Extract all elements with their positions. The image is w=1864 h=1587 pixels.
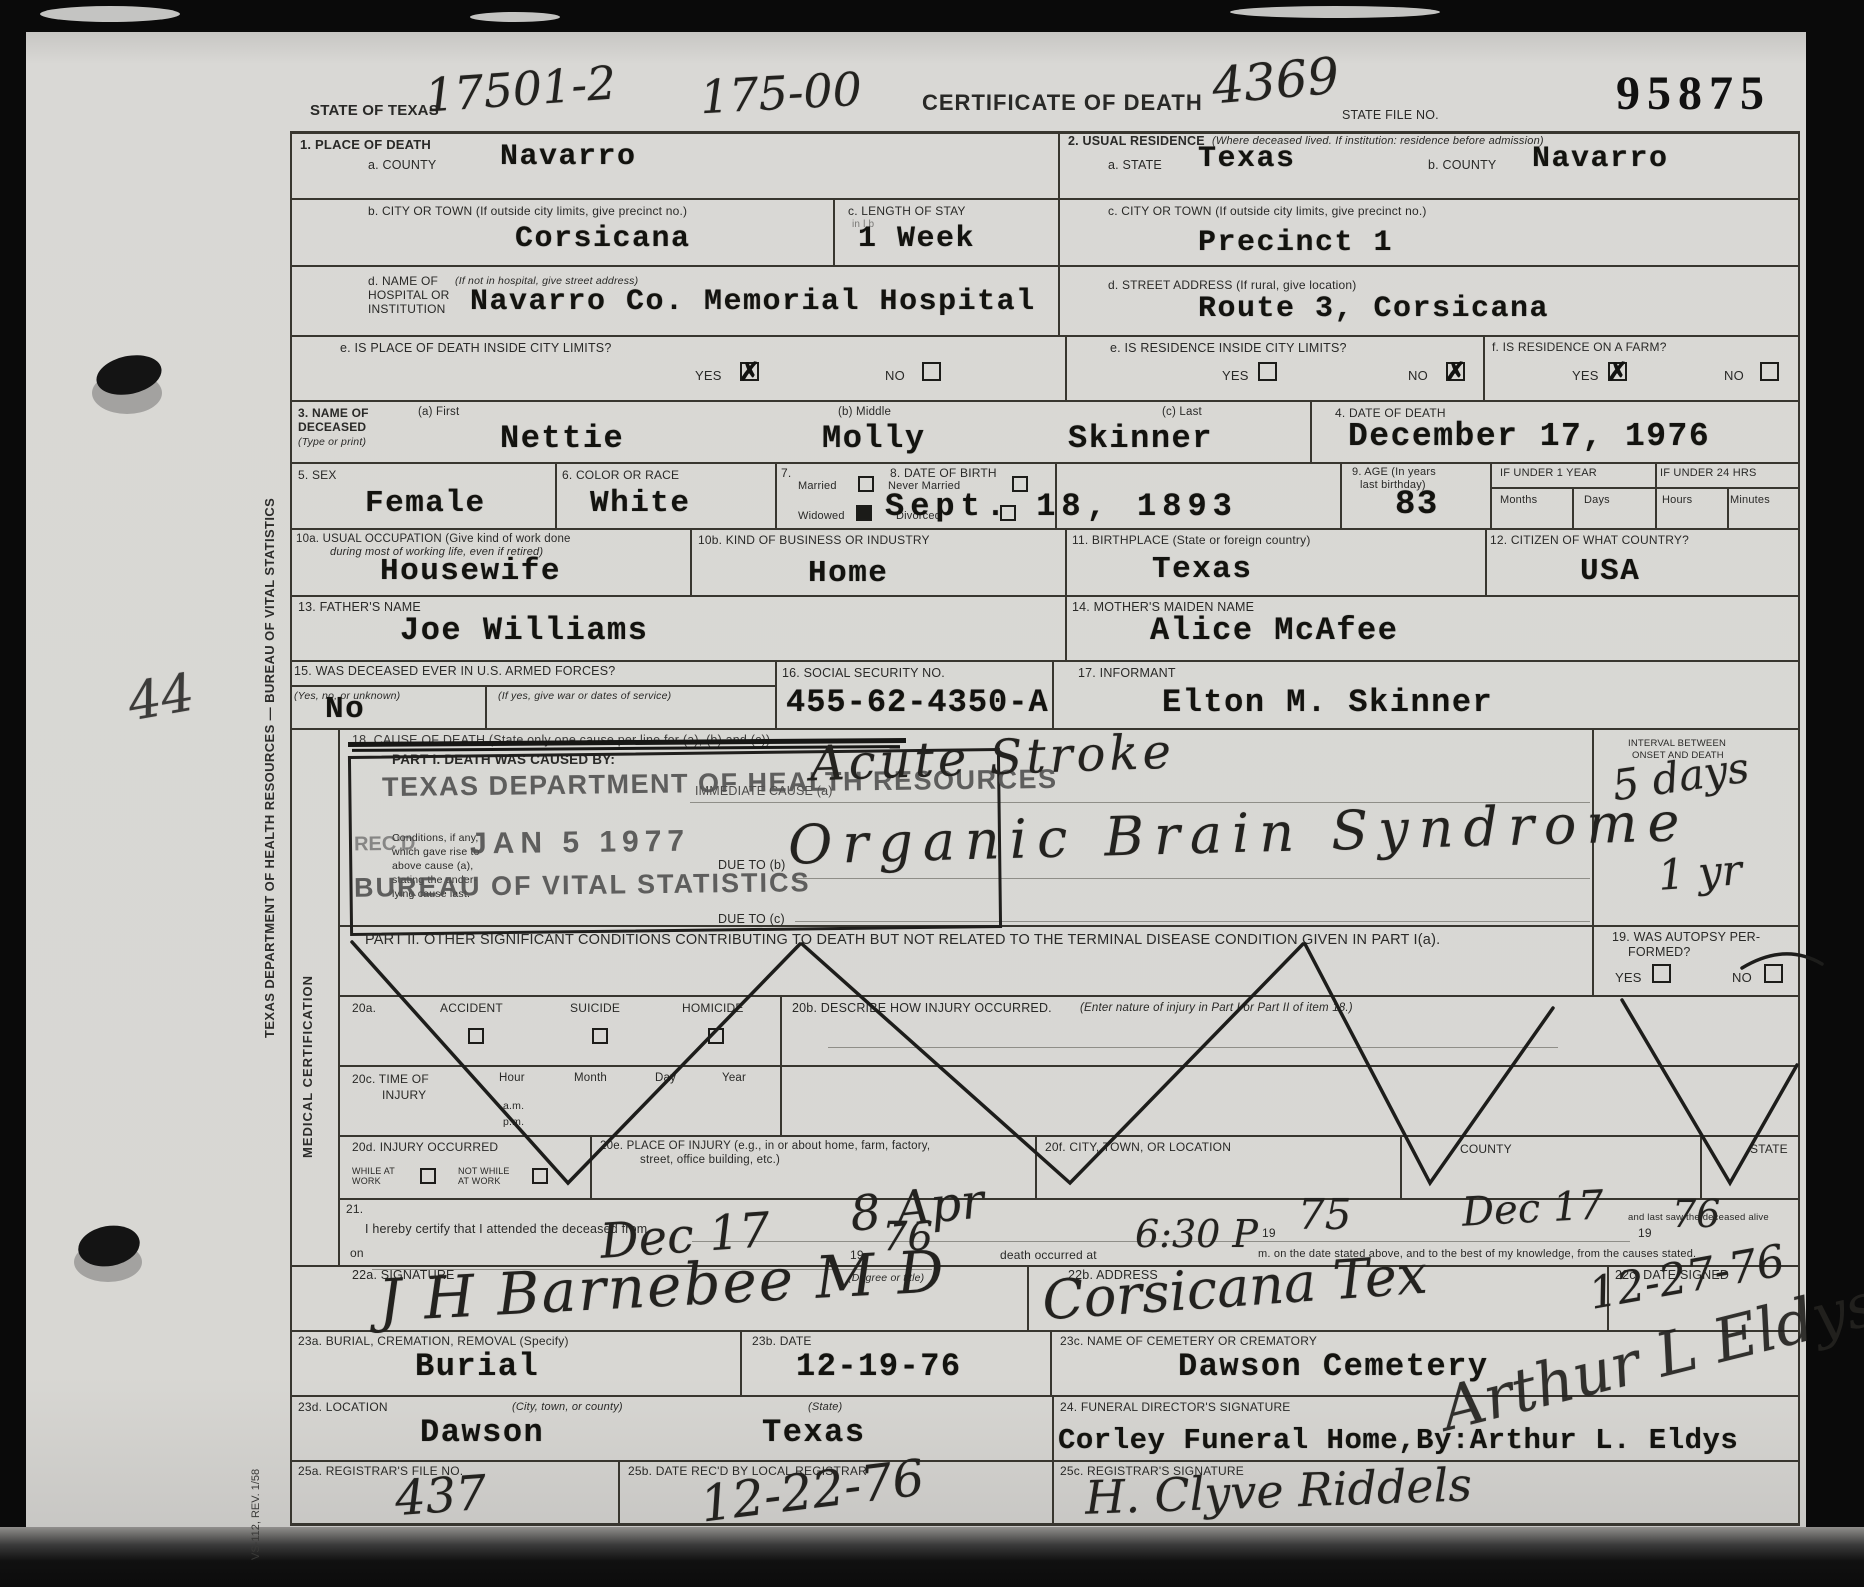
under-24-hrs-label: IF UNDER 24 HRS bbox=[1660, 467, 1757, 479]
not-while-at-work-label-1: NOT WHILE bbox=[458, 1166, 510, 1176]
ssn-value: 455-62-4350-A bbox=[786, 684, 1049, 721]
handwritten-death-time: 6:30 P bbox=[1135, 1212, 1258, 1256]
homicide-checkbox bbox=[708, 1028, 724, 1044]
mother-name-value: Alice McAfee bbox=[1150, 612, 1398, 649]
armed-forces-sub-2: (If yes, give war or dates of service) bbox=[498, 690, 671, 702]
rule bbox=[1592, 728, 1594, 995]
day-label: Day bbox=[655, 1072, 676, 1084]
farm-no-label: NO bbox=[1724, 368, 1744, 383]
rule bbox=[290, 528, 1800, 530]
handwritten-interval-b: 1 yr bbox=[1656, 845, 1743, 900]
rule bbox=[1340, 462, 1342, 528]
state-file-no-label: STATE FILE NO. bbox=[1342, 108, 1439, 122]
rule bbox=[775, 462, 777, 528]
part2-label: PART II. OTHER SIGNIFICANT CONDITIONS CO… bbox=[365, 932, 1440, 948]
under-1-year-label: IF UNDER 1 YEAR bbox=[1500, 467, 1597, 479]
margin-department-vertical-text: TEXAS DEPARTMENT OF HEALTH RESOURCES — B… bbox=[262, 328, 277, 1038]
location-label: 23d. LOCATION bbox=[298, 1400, 388, 1414]
armed-forces-label: 15. WAS DECEASED EVER IN U.S. ARMED FORC… bbox=[294, 664, 615, 678]
age-value: 83 bbox=[1395, 486, 1439, 524]
race-value: White bbox=[590, 486, 691, 521]
scan-artifact bbox=[1230, 6, 1440, 18]
rule bbox=[338, 1135, 1800, 1137]
while-at-work-label-2: WORK bbox=[352, 1176, 381, 1186]
residence-limits-no-label: NO bbox=[1408, 368, 1428, 383]
rule bbox=[1727, 487, 1729, 528]
middle-name-label: (b) Middle bbox=[838, 406, 891, 418]
business-label: 10b. KIND OF BUSINESS OR INDUSTRY bbox=[698, 533, 930, 547]
rule bbox=[1035, 1135, 1037, 1198]
birthplace-value: Texas bbox=[1152, 552, 1253, 587]
autopsy-label-1: 19. WAS AUTOPSY PER- bbox=[1612, 930, 1760, 944]
autopsy-no-checkbox bbox=[1764, 964, 1783, 983]
citizen-label: 12. CITIZEN OF WHAT COUNTRY? bbox=[1490, 533, 1689, 547]
residence-state-label: a. STATE bbox=[1108, 158, 1162, 172]
rule bbox=[1400, 1135, 1402, 1198]
hospital-value: Navarro Co. Memorial Hospital bbox=[470, 285, 1036, 319]
farm-label: f. IS RESIDENCE ON A FARM? bbox=[1492, 340, 1667, 354]
margin-form-code-vertical-text: VS-112, REV. 1/58 bbox=[250, 1380, 262, 1560]
rule bbox=[1052, 1460, 1054, 1523]
while-at-work-checkbox bbox=[420, 1168, 436, 1184]
county-column-label: COUNTY bbox=[1460, 1142, 1512, 1156]
handwritten-code-2: 175-00 bbox=[699, 62, 863, 124]
certify-text-1b: and last saw the deceased alive bbox=[1628, 1212, 1769, 1223]
while-at-work-label-1: WHILE AT bbox=[352, 1166, 395, 1176]
burial-date-label: 23b. DATE bbox=[752, 1334, 812, 1348]
accident-label: ACCIDENT bbox=[440, 1001, 503, 1015]
age-label-1: 9. AGE (In years bbox=[1352, 466, 1436, 478]
rule bbox=[1572, 487, 1574, 528]
place-of-death-title: 1. PLACE OF DEATH bbox=[300, 137, 431, 152]
rule bbox=[290, 1460, 1800, 1462]
autopsy-no-label: NO bbox=[1732, 970, 1752, 985]
widowed-label: Widowed bbox=[798, 510, 845, 522]
certificate-serial-number: 95875 bbox=[1616, 66, 1771, 121]
length-of-stay-value: 1 Week bbox=[858, 222, 975, 256]
rule bbox=[290, 595, 1800, 597]
autopsy-yes-checkbox bbox=[1652, 964, 1671, 983]
rule bbox=[1485, 528, 1487, 595]
place-limits-label: e. IS PLACE OF DEATH INSIDE CITY LIMITS? bbox=[340, 341, 612, 355]
item-20b-label: 20b. DESCRIBE HOW INJURY OCCURRED. bbox=[792, 1001, 1052, 1015]
am-label: a.m. bbox=[503, 1100, 524, 1112]
month-label: Month bbox=[574, 1072, 607, 1084]
rule bbox=[1310, 400, 1312, 462]
rule bbox=[590, 1135, 592, 1198]
rule bbox=[555, 462, 557, 528]
cemetery-label: 23c. NAME OF CEMETERY OR CREMATORY bbox=[1060, 1334, 1317, 1348]
widowed-checkbox bbox=[856, 505, 872, 521]
handwritten-page-number: 44 bbox=[123, 663, 199, 734]
hospital-or-label: HOSPITAL OR bbox=[368, 288, 450, 302]
suicide-label: SUICIDE bbox=[570, 1001, 620, 1015]
item-20b-note: (Enter nature of injury in Part I or Par… bbox=[1080, 1002, 1353, 1014]
autopsy-yes-label: YES bbox=[1615, 970, 1642, 985]
residence-city-label: c. CITY OR TOWN (If outside city limits,… bbox=[1108, 204, 1427, 218]
suicide-checkbox bbox=[592, 1028, 608, 1044]
item-20f-label: 20f. CITY, TOWN, OR LOCATION bbox=[1045, 1140, 1231, 1154]
street-address-value: Route 3, Corsicana bbox=[1198, 292, 1549, 326]
first-name-label: (a) First bbox=[418, 406, 459, 418]
farm-no-checkbox bbox=[1760, 362, 1779, 381]
rule bbox=[485, 685, 487, 728]
armed-forces-value: No bbox=[325, 692, 365, 727]
rule bbox=[1052, 1395, 1054, 1460]
scan-artifact bbox=[470, 12, 560, 22]
rule bbox=[780, 995, 782, 1135]
item-20e-label-1: 20e. PLACE OF INJURY (e.g., in or about … bbox=[600, 1140, 930, 1152]
residence-limits-yes-label: YES bbox=[1222, 368, 1249, 383]
scan-edge-left bbox=[0, 0, 26, 1587]
certificate-title: CERTIFICATE OF DEATH bbox=[922, 90, 1203, 116]
rule bbox=[290, 198, 1800, 200]
rule bbox=[290, 131, 292, 1523]
burial-label: 23a. BURIAL, CREMATION, REMOVAL (Specify… bbox=[298, 1334, 569, 1348]
hospital-name-label: d. NAME OF bbox=[368, 274, 438, 288]
rule bbox=[338, 1065, 1800, 1067]
state-of-texas-label: STATE OF TEXAS bbox=[310, 102, 439, 119]
county-value: Navarro bbox=[500, 140, 637, 174]
item-20c-label-1: 20c. TIME OF bbox=[352, 1072, 429, 1086]
rule bbox=[618, 1460, 620, 1523]
birthplace-label: 11. BIRTHPLACE (State or foreign country… bbox=[1072, 533, 1311, 547]
residence-limits-no-checkbox bbox=[1446, 362, 1465, 381]
location-sub-2: (State) bbox=[808, 1401, 842, 1413]
rule bbox=[1050, 1330, 1052, 1395]
first-name-value: Nettie bbox=[500, 420, 624, 457]
married-label: Married bbox=[798, 480, 837, 492]
middle-name-value: Molly bbox=[822, 420, 926, 457]
place-limits-no-checkbox bbox=[922, 362, 941, 381]
handwritten-year-75: 75 bbox=[1298, 1190, 1351, 1239]
rule bbox=[1700, 1135, 1702, 1198]
certify-text-2a: on bbox=[350, 1246, 364, 1260]
scan-edge-bottom bbox=[0, 1527, 1864, 1587]
location-state-value: Texas bbox=[762, 1414, 866, 1451]
item-20e-label-2: street, office building, etc.) bbox=[640, 1154, 780, 1166]
city-or-town-label: b. CITY OR TOWN (If outside city limits,… bbox=[368, 204, 687, 218]
rule bbox=[290, 1523, 1800, 1526]
rule bbox=[833, 198, 835, 265]
state-column-label: STATE bbox=[1750, 1142, 1788, 1156]
item-21-label: 21. bbox=[346, 1202, 363, 1216]
rule bbox=[290, 462, 1800, 464]
stamp-line-3: BUREAU OF VITAL STATISTICS bbox=[354, 867, 811, 904]
place-limits-yes-checkbox bbox=[740, 362, 759, 381]
married-checkbox bbox=[858, 476, 874, 492]
rule bbox=[1490, 487, 1800, 489]
not-while-at-work-checkbox bbox=[532, 1168, 548, 1184]
sex-label: 5. SEX bbox=[298, 468, 337, 482]
residence-state-value: Texas bbox=[1198, 142, 1296, 176]
residence-city-value: Precinct 1 bbox=[1198, 226, 1393, 260]
usual-residence-title: 2. USUAL RESIDENCE bbox=[1068, 134, 1205, 148]
rule bbox=[1483, 335, 1485, 400]
rule bbox=[1027, 1265, 1029, 1330]
farm-yes-checkbox bbox=[1608, 362, 1627, 381]
accident-checkbox bbox=[468, 1028, 484, 1044]
informant-label: 17. INFORMANT bbox=[1078, 666, 1176, 680]
race-label: 6. COLOR OR RACE bbox=[562, 468, 679, 482]
scanned-death-certificate: TEXAS DEPARTMENT OF HEALTH RESOURCES — B… bbox=[0, 0, 1864, 1587]
residence-limits-label: e. IS RESIDENCE INSIDE CITY LIMITS? bbox=[1110, 341, 1347, 355]
item-20d-label: 20d. INJURY OCCURRED bbox=[352, 1140, 498, 1154]
county-label: a. COUNTY bbox=[368, 158, 436, 172]
days-label: Days bbox=[1584, 494, 1610, 506]
father-name-value: Joe Williams bbox=[400, 612, 648, 649]
rule bbox=[290, 265, 1800, 267]
rule bbox=[828, 1047, 1558, 1048]
rule bbox=[1065, 528, 1067, 660]
residence-county-label: b. COUNTY bbox=[1428, 158, 1496, 172]
name-title-3: (Type or print) bbox=[298, 436, 366, 448]
handwritten-file-number: 4369 bbox=[1210, 47, 1342, 116]
autopsy-label-2: FORMED? bbox=[1628, 945, 1691, 959]
occupation-label-1: 10a. USUAL OCCUPATION (Give kind of work… bbox=[296, 533, 571, 545]
location-sub-1: (City, town, or county) bbox=[512, 1401, 623, 1413]
residence-limits-yes-checkbox bbox=[1258, 362, 1277, 381]
stamp-recd: REC'D bbox=[354, 833, 416, 857]
rule bbox=[290, 685, 775, 687]
burial-value: Burial bbox=[415, 1348, 539, 1385]
months-label: Months bbox=[1500, 494, 1537, 506]
rule bbox=[740, 1330, 742, 1395]
handwritten-registrar-file-no: 437 bbox=[393, 1465, 488, 1527]
rule bbox=[1490, 462, 1492, 528]
hour-label: Hour bbox=[499, 1072, 525, 1084]
rule bbox=[290, 660, 1800, 662]
street-address-label: d. STREET ADDRESS (If rural, give locati… bbox=[1108, 278, 1356, 292]
last-name-label: (c) Last bbox=[1162, 406, 1202, 418]
year-label: Year bbox=[722, 1072, 746, 1084]
sex-value: Female bbox=[365, 486, 486, 521]
place-limits-no-label: NO bbox=[885, 368, 905, 383]
rule bbox=[290, 131, 1800, 134]
farm-yes-label: YES bbox=[1572, 368, 1599, 383]
margin-medical-certification-vertical-text: MEDICAL CERTIFICATION bbox=[300, 843, 315, 1158]
place-limits-yes-label: YES bbox=[695, 368, 722, 383]
item-20c-label-2: INJURY bbox=[382, 1088, 426, 1102]
item-20a-label: 20a. bbox=[352, 1001, 376, 1015]
rule bbox=[775, 660, 777, 728]
marital-label: 7. bbox=[781, 466, 791, 480]
burial-date-value: 12-19-76 bbox=[796, 1348, 962, 1385]
stamp-date: JAN 5 1977 bbox=[470, 825, 691, 862]
scan-artifact bbox=[40, 6, 180, 22]
informant-value: Elton M. Skinner bbox=[1162, 684, 1493, 721]
funeral-director-label: 24. FUNERAL DIRECTOR'S SIGNATURE bbox=[1060, 1400, 1291, 1414]
handwritten-attended-to: Dec 17 bbox=[1461, 1182, 1605, 1235]
name-title-1: 3. NAME OF bbox=[298, 406, 369, 420]
funeral-director-value: Corley Funeral Home,By:Arthur L. Eldys bbox=[1058, 1424, 1738, 1457]
homicide-label: HOMICIDE bbox=[682, 1001, 744, 1015]
date-of-death-value: December 17, 1976 bbox=[1348, 418, 1710, 455]
institution-label: INSTITUTION bbox=[368, 302, 446, 316]
residence-county-value: Navarro bbox=[1532, 142, 1669, 176]
business-value: Home bbox=[808, 556, 888, 591]
rule bbox=[290, 335, 1800, 337]
occupation-value: Housewife bbox=[380, 554, 561, 589]
date-of-birth-value: Sept. 18, 1893 bbox=[885, 488, 1238, 525]
hours-label: Hours bbox=[1662, 494, 1692, 506]
rule bbox=[338, 728, 340, 1265]
rule bbox=[290, 400, 1800, 402]
printed-19-a: 19 bbox=[1262, 1226, 1276, 1240]
rule bbox=[1058, 131, 1060, 335]
location-city-value: Dawson bbox=[420, 1414, 544, 1451]
last-name-value: Skinner bbox=[1068, 420, 1213, 457]
rule bbox=[1655, 462, 1657, 528]
scan-edge-top bbox=[0, 0, 1864, 32]
pm-label: p.m. bbox=[503, 1116, 524, 1128]
name-title-2: DECEASED bbox=[298, 420, 366, 434]
rule bbox=[1065, 335, 1067, 400]
city-value: Corsicana bbox=[515, 222, 691, 256]
not-while-at-work-label-2: AT WORK bbox=[458, 1176, 501, 1186]
citizen-value: USA bbox=[1580, 554, 1640, 589]
length-of-stay-label: c. LENGTH OF STAY bbox=[848, 204, 966, 218]
rule bbox=[690, 528, 692, 595]
rule bbox=[1052, 660, 1054, 728]
ssn-label: 16. SOCIAL SECURITY NO. bbox=[782, 666, 945, 680]
minutes-label: Minutes bbox=[1730, 494, 1770, 506]
date-of-birth-label: 8. DATE OF BIRTH bbox=[890, 466, 997, 480]
printed-19-b: 19 bbox=[1638, 1226, 1652, 1240]
rule bbox=[338, 995, 1800, 997]
certify-text-2b: death occurred at bbox=[1000, 1248, 1097, 1262]
